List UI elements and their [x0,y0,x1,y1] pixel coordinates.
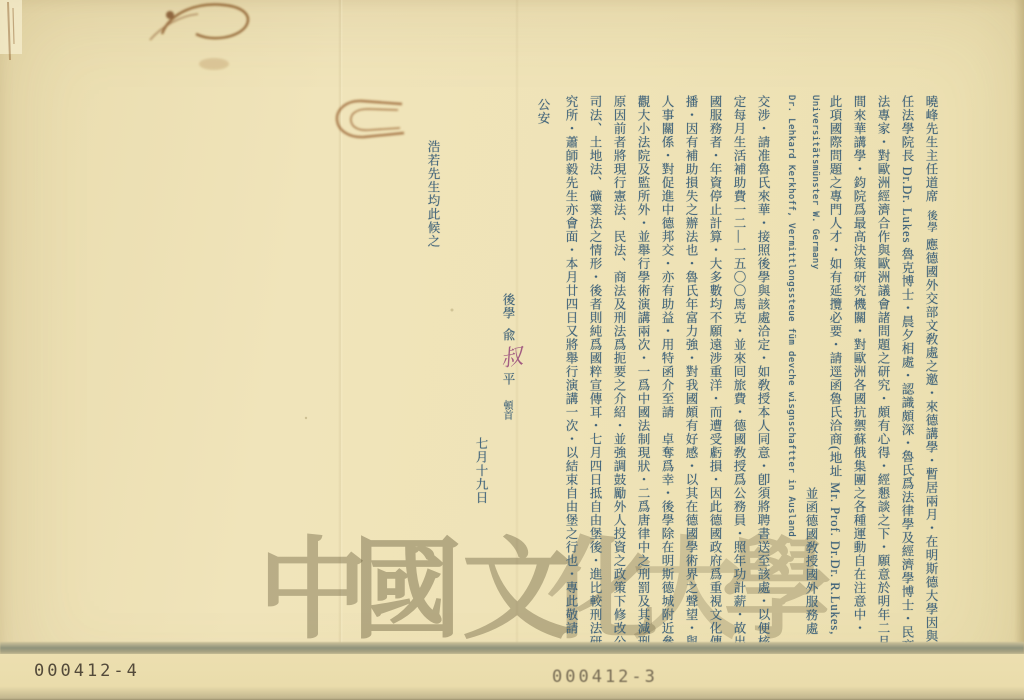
signoff-bow: 頓首 [499,400,514,420]
letter-column-13: 觀大小法院及監所外・並舉行學術演講兩次・一爲中國法制現狀・二爲唐律中之刑罰及其減… [628,95,652,649]
self-reference: 後學 [924,210,939,233]
letter-column-7-address: Dr. Lehkard Kerkhoff, Vermittlongssteue … [772,95,796,537]
signature-block: 後學兪叔平頓首 [500,293,524,420]
letter-column-6-tail: 並函德國敎授國外服務處 [796,487,820,636]
letter-body: 曉峰先生主任道席後學應德國外交部文敎處之邀・來德講學・暫居兩月・在明斯德大學因與… [0,0,1024,700]
letter-column-10: 國服務者・年資停止計算・大多數均不願遠涉重洋・而遭受虧損・因此德國政府爲重視文化… [700,95,724,649]
column-text: 應德國外交部文敎處之邀・來德講學・暫居兩月・在明斯德大學因與現 [924,238,938,657]
letter-column-15: 司法、土地法、礦業法之情形・後者則純爲國粹宣傳耳・七月四日抵自由堡後・進比較刑法… [580,95,604,649]
scanned-letter-page: 中 國 文 化 大 學 曉峰先生主任道席後學應德國外交部文敎處之邀・來德講學・暫… [0,0,1024,700]
letter-column-1: 曉峰先生主任道席後學應德國外交部文敎處之邀・來德講學・暫居兩月・在明斯德大學因與… [916,95,940,657]
letter-column-16: 究所・蕭師毅先生亦會面・本月廿四日又將舉行演講一次・以結束自由堡之行也・專此敬請 [556,95,580,635]
letter-column-3: 法專家・對歐洲經濟合作與歐洲議會諸問題之研究・頗有心得・經懇談之下・願意於明年二… [868,95,892,649]
letter-column-12: 人事關係・對促進中德邦交・亦有助益・用特函介至請 卓奪爲幸・後學除在明斯德城附近… [652,95,676,649]
letter-column-6-address: Universitätsmünster W. Germany [796,95,820,270]
signoff-surname: 兪 [499,328,517,342]
underlying-sheet [0,654,1024,700]
archive-number-right: 000412-3 [552,667,658,687]
handwritten-signature: 叔 [493,343,528,371]
letter-column-5: 此項國際問題之專門人才・如有延攬必要・請逕函魯氏洽商(地址 Mr. Prof. … [820,95,844,635]
signoff-given-name: 平 [501,373,515,387]
postscript-greeting: 浩若先生均此候之 [418,140,442,248]
letter-column-9: 定每月生活補助費一二—一五〇〇馬克・並來囘旅費・德國敎授爲公務員・照年功計薪・故… [724,95,748,649]
letter-column-2: 任法學院長 Dr.Dr. Lukes 魯克博士・晨夕相處・認識頗深・魯氏爲法律學… [892,95,916,653]
signoff-self: 後學 [501,293,515,320]
salutation: 曉峰先生主任道席 [924,95,938,203]
letter-date: 七月十九日 [466,437,490,505]
letter-column-14: 原因前者將現行憲法、民法、商法及刑法爲扼要之介紹・並強調鼓勵外人投資之政策下修改… [604,95,628,649]
closing-phrase: 公安 [528,98,552,125]
letter-column-4: 間來華講學・鈞院爲最高決策研究機關・對歐洲各國抗禦蘇俄集團之各種運動自在注意中・ [844,95,868,635]
archive-number-left: 000412-4 [34,661,140,681]
letter-column-11: 播・因有補助損失之辦法也・魯氏年富力強・對我國頗有好感・以其在德國學術界之聲望・… [676,95,700,649]
letter-column-8: 交涉・請准魯氏來華・接照後學與該處洽定・如敎授本人同意・卽須將聘書送至該處・以便… [748,95,772,649]
